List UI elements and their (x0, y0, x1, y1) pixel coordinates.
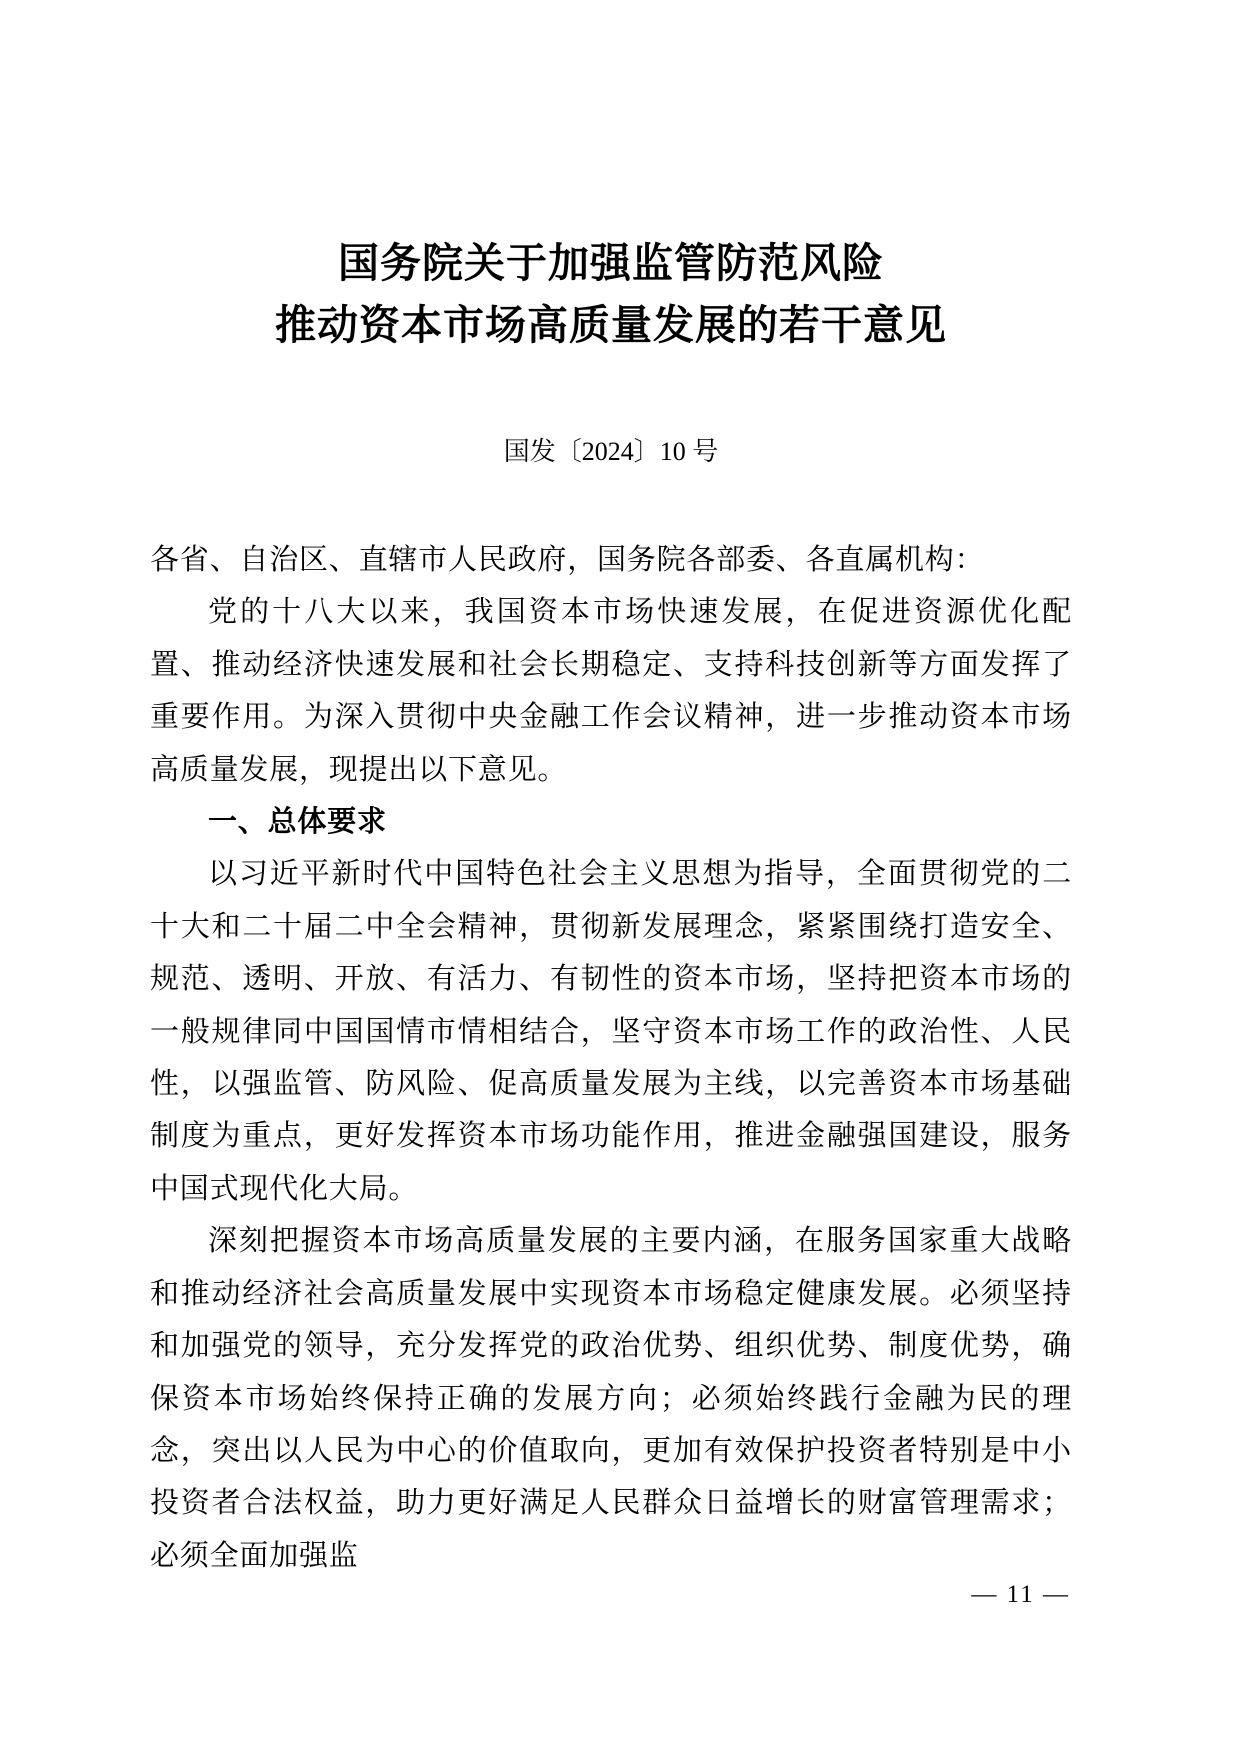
body-paragraph: 深刻把握资本市场高质量发展的主要内涵，在服务国家重大战略和推动经济社会高质量发展… (150, 1215, 1072, 1582)
document-title-line2: 推动资本市场高质量发展的若干意见 (150, 294, 1072, 356)
salutation-line: 各省、自治区、直辖市人民政府，国务院各部委、各直属机构： (150, 534, 1072, 586)
page-number: — 11 — (971, 1578, 1070, 1612)
document-title: 国务院关于加强监管防范风险 推动资本市场高质量发展的若干意见 (150, 232, 1072, 356)
document-body: 各省、自治区、直辖市人民政府，国务院各部委、各直属机构：党的十八大以来，我国资本… (150, 534, 1072, 1582)
body-paragraph: 以习近平新时代中国特色社会主义思想为指导，全面贯彻党的二十大和二十届二中全会精神… (150, 848, 1072, 1215)
document-title-line1: 国务院关于加强监管防范风险 (150, 232, 1072, 294)
document-page: 国务院关于加强监管防范风险 推动资本市场高质量发展的若干意见 国发〔2024〕1… (0, 0, 1240, 1754)
section-heading: 一、总体要求 (150, 796, 1072, 848)
document-number: 国发〔2024〕10 号 (150, 432, 1072, 472)
body-paragraph: 党的十八大以来，我国资本市场快速发展，在促进资源优化配置、推动经济快速发展和社会… (150, 586, 1072, 796)
